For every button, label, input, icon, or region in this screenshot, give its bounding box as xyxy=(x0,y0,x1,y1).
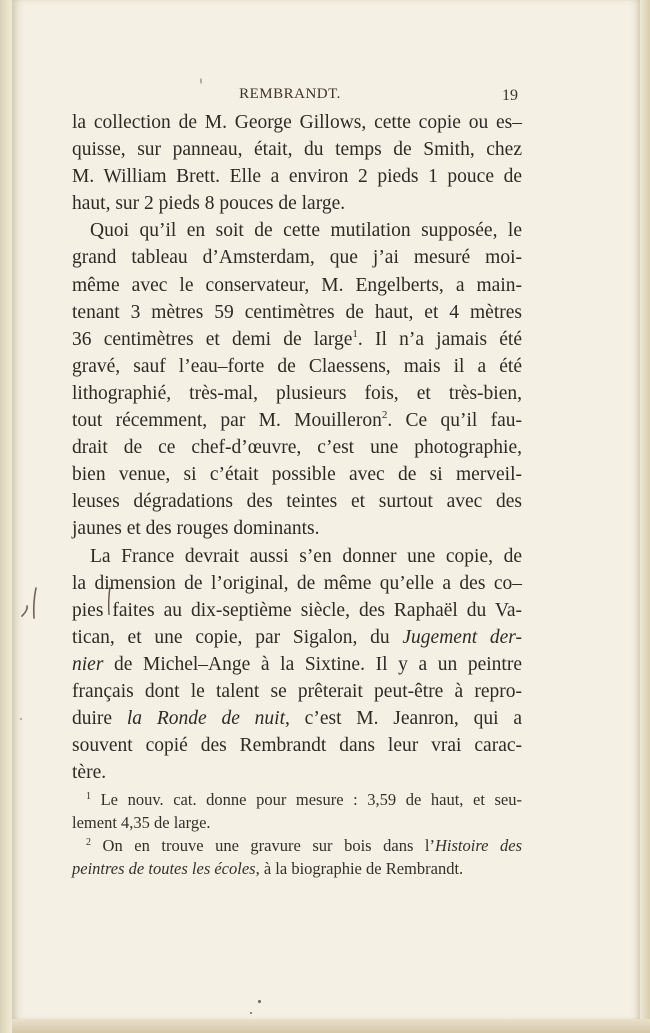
text-line: La France devrait aussi s’en donner une … xyxy=(72,543,522,570)
footnote-text: , à la biographie de Rembrandt. xyxy=(256,859,464,878)
text-segment: tout récemment, par M. Mouilleron xyxy=(72,410,382,431)
text-line: bien venue, si c’était possible avec de … xyxy=(72,461,522,488)
text-line: 36 centimètres et demi de large1. Il n’a… xyxy=(72,326,522,353)
text-line: drait de ce chef-d’œuvre, c’est une phot… xyxy=(72,434,522,461)
italic-title: peintres de toutes les écoles xyxy=(72,859,256,878)
footnote-1-cont: lement 4,35 de large. xyxy=(72,811,522,834)
pencil-margin-mark-icon xyxy=(18,582,48,622)
italic-title: Jugement der- xyxy=(402,627,522,648)
text-line: tout récemment, par M. Mouilleron2. Ce q… xyxy=(72,407,522,434)
text-line: pies faites au dix-septième siècle, des … xyxy=(72,597,522,624)
footnote-1: 1 Le nouv. cat. donne pour mesure : 3,59… xyxy=(72,788,522,811)
italic-title: Histoire des xyxy=(435,836,522,855)
text-line: nier de Michel–Ange à la Sixtine. Il y a… xyxy=(72,651,522,678)
italic-title: la Ronde de nuit xyxy=(127,708,285,729)
page-number: 19 xyxy=(502,87,518,105)
text-segment: duire xyxy=(72,708,127,729)
text-line: haut, sur 2 pieds 8 pouces de large. xyxy=(72,190,522,217)
text-line: la collection de M. George Gillows, cett… xyxy=(72,109,522,136)
text-segment: 36 centimètres et demi de large xyxy=(72,329,352,350)
footnotes: 1 Le nouv. cat. donne pour mesure : 3,59… xyxy=(72,788,522,880)
page-bottom-edge xyxy=(12,1019,650,1033)
footnote-text: Le nouv. cat. donne pour mesure : 3,59 d… xyxy=(101,790,522,809)
footnote-2-cont: peintres de toutes les écoles, à la biog… xyxy=(72,857,522,880)
page-right-edge xyxy=(640,0,650,1033)
text-line: tère. xyxy=(72,759,522,786)
text-line: français dont le talent se prêterait peu… xyxy=(72,678,522,705)
text-segment: tican, et une copie, par Sigalon, du xyxy=(72,627,402,648)
footnote-2: 2 On en trouve une gravure sur bois dans… xyxy=(72,834,522,857)
paper-speck xyxy=(258,1000,261,1003)
text-line: gravé, sauf l’eau–forte de Claessens, ma… xyxy=(72,353,522,380)
pencil-stroke-icon xyxy=(106,586,112,616)
footnote-marker: 2 xyxy=(86,837,91,848)
text-line: même avec le conservateur, M. Engelberts… xyxy=(72,272,522,299)
paper-speck xyxy=(250,1012,252,1014)
text-segment: . Il n’a jamais été xyxy=(358,329,522,350)
footnote-text: On en trouve une gravure sur bois dans l… xyxy=(103,836,435,855)
page-header: REMBRANDT. 19 xyxy=(60,86,520,108)
text-segment: . Ce qu’il fau- xyxy=(387,410,522,431)
text-line: souvent copié des Rembrandt dans leur vr… xyxy=(72,732,522,759)
text-line: M. William Brett. Elle a environ 2 pieds… xyxy=(72,163,522,190)
text-line: grand tableau d’Amsterdam, que j’ai mesu… xyxy=(72,244,522,271)
text-line: tican, et une copie, par Sigalon, du Jug… xyxy=(72,624,522,651)
text-line: quisse, sur panneau, était, du temps de … xyxy=(72,136,522,163)
running-head: REMBRANDT. xyxy=(60,86,520,103)
text-line: duire la Ronde de nuit, c’est M. Jeanron… xyxy=(72,705,522,732)
paper-speck xyxy=(200,78,202,84)
text-line: jaunes et des rouges dominants. xyxy=(72,515,522,542)
paper-speck xyxy=(20,718,22,720)
text-line: tenant 3 mètres 59 centimètres de haut, … xyxy=(72,299,522,326)
text-line: leuses dégradations des teintes et surto… xyxy=(72,488,522,515)
body-text: la collection de M. George Gillows, cett… xyxy=(72,109,522,786)
text-segment: , c’est M. Jeanron, qui a xyxy=(285,708,522,729)
text-line: la dimension de l’original, de même qu’e… xyxy=(72,570,522,597)
footnote-marker: 1 xyxy=(86,791,91,802)
text-segment: de Michel–Ange à la Sixtine. Il y a un p… xyxy=(103,654,522,675)
text-line: lithographié, très-mal, plusieurs fois, … xyxy=(72,380,522,407)
italic-title: nier xyxy=(72,654,103,675)
text-line: Quoi qu’il en soit de cette mutilation s… xyxy=(72,217,522,244)
